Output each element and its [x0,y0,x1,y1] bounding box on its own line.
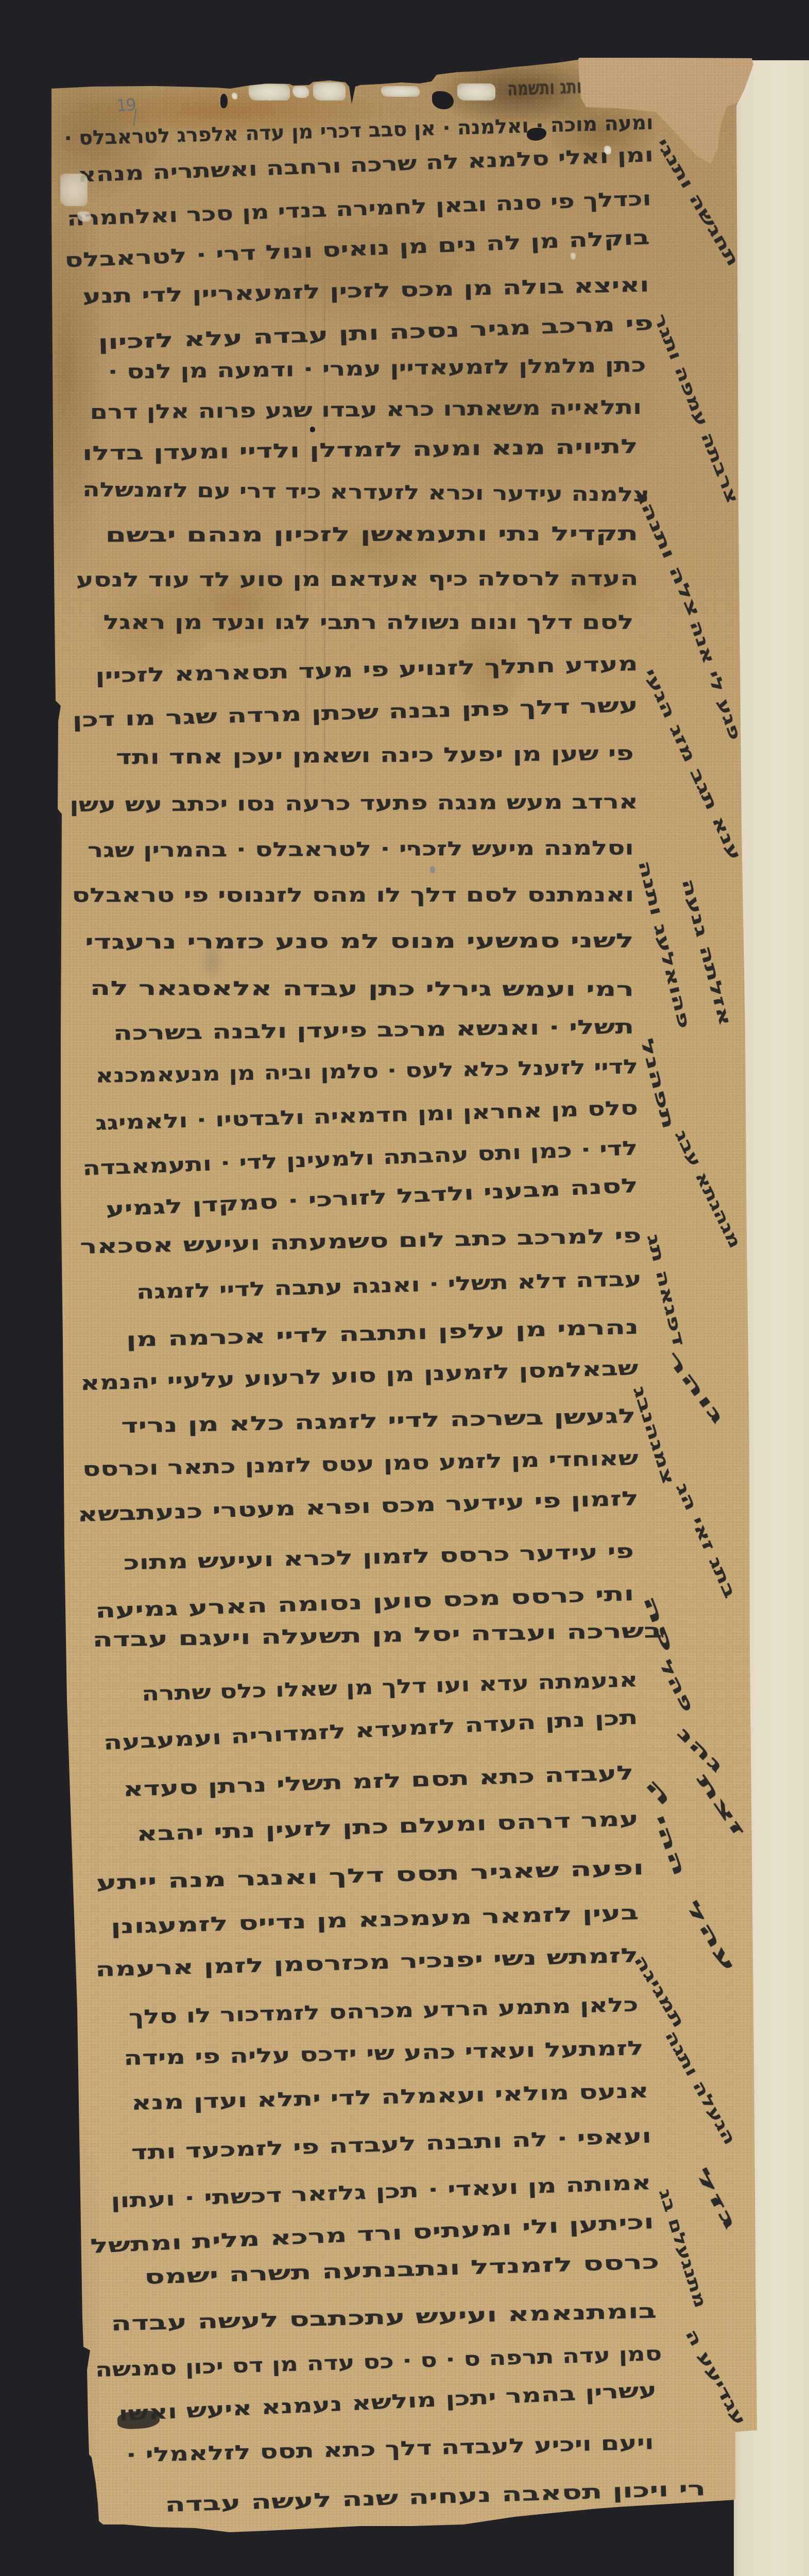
text-line: פי שען מן יפעל כינה ושאמן יעכן אחד ותד [116,740,634,770]
line-text: לסם דלך ונום נשולה רתבי לגו ונעד מן ראגל [104,609,634,635]
text-line: בומתנאמא ועיעש עתכתבס לעשה עבדה [111,2298,657,2336]
line-text: בומתנאמא ועיעש עתכתבס לעשה עבדה [110,2298,657,2336]
marginal-note: פהל [654,1655,700,1716]
manuscript-leaf: 19 ותג ותשמה ומעה מוכה · ואלמנה · אן סבב… [0,0,809,2576]
fiber-damage [381,86,420,97]
text-line: וסלמנה מיעש לזכרי · לטראבלס · בהמרין שגר [88,835,634,863]
line-text: ופעה שאגיר תסס דלך ואנגר מנה ייתע [95,1855,644,1896]
text-line: כתן מלמלן לזמעאדיין עמרי · ודמעה מן לנס … [108,352,646,385]
text-line: לגעשן בשרכה לדיי לזמגה כלא מן נריד [121,1403,636,1439]
text-line: בוקלה מן לה נים מן נואיס ונול דרי · לטרא… [64,224,650,273]
text-line: תשלי · ואנשא מרכב פיעדן ולבנה בשרכה [113,1013,634,1046]
paper-hole [220,94,228,108]
text-line: שבאלמסן לזמענן מן סוע לרעוע עלעיי יהנמא [80,1355,639,1396]
line-text: נהרמי מן עלפן ותתבה לדיי אכרמה מן [126,1314,639,1352]
line-text: לשני סמשעי מנוס למ סנע כזמרי נרעגדי [85,927,634,955]
text-line: סלס מן אחראן ומן חדמאיה ולבדטיו · ולאמיג… [95,1095,639,1136]
line-text: לגעשן בשרכה לדיי לזמגה כלא מן נריד [121,1403,636,1439]
line-text: סמן עדה תרפה ס · ס · כס עדה מן דס יכון ס… [95,2341,662,2383]
fiber-damage [77,211,91,222]
marginal-note: ה [640,1772,678,1811]
line-text: פי שען מן יפעל כינה ושאמן יעכן אחד ותד [116,740,634,770]
line-text: שאוחדי מן לזמע סמן עטס לזמנן כתאר וכרסס [82,1445,639,1482]
marginal-note: הגעלה ותגה [660,2026,741,2148]
text-line: נהרמי מן עלפן ותתבה לדיי אכרמה מן [126,1314,639,1352]
marginal-note: גזל [691,2164,743,2234]
fiber-damage [457,83,495,100]
text-line: מעדע חתלך לזנויע פי מעד תסארמא לזכיין [95,651,639,689]
line-text: פי מרכב מגיר נסכה ותן עבדה עלא לזכיון [97,310,653,355]
line-text: ועאפי · לה ותבנה לעבדה פי לזמכעד ותד [131,2123,652,2165]
paper-hole [432,91,454,109]
text-line: עבדה דלא תשלי · ואנגה עתבה לדיי לזמגה [136,1266,642,1305]
marginal-note: פגע לי אנה [684,617,747,743]
line-text: כתן מלמלן לזמעאדיין עמרי · ודמעה מן לנס … [108,352,646,385]
line-text: תכן נתן העדה לזמעדא לזמדוריה ועמעבעה [103,1704,639,1756]
line-text: אנעס מולאי ועאמלה לדי יתלא ועדן מנא [131,2078,649,2116]
marginal-note: צמגהנבג [628,1382,680,1487]
line-text: ותלאייה משאתרו כרא עבדו שגע פרוה אלן דרם [90,394,642,425]
line-text: לסנה מבעני ולדבל לזורכי · סמקדן לגמיע [105,1172,639,1222]
line-text: וסלמנה מיעש לזכרי · לטראבלס · בהמרין שגר [88,835,634,863]
text-line: לדי · כמן ותס עהבתה ולמעינן לדי · ותעמאב… [82,1135,638,1181]
text-line: רי ויכון תסאבה נעחיה שנה לעשה עבדה [164,2476,705,2518]
line-text: שבאלמסן לזמענן מן סוע לרעוע עלעיי יהנמא [80,1355,639,1396]
line-text: לזמון פי עידער מכס ופרא מעטרי כנעתבשא [77,1485,639,1528]
text-line: ומן ואלי סלמנא לה שרכה ורחבה ואשתריה מנה… [77,142,653,188]
marginal-note: מגהגתא עבג [669,1126,747,1251]
text-line: בעין לזמאר מעמכנא מן נדייס לזמעגונן [111,1900,639,1940]
line-text: בוקלה מן לה נים מן נואיס ונול דרי · לטרא… [64,224,650,273]
line-text: סלס מן אחראן ומן חדמאיה ולבדטיו · ולאמיג… [95,1095,639,1136]
marginal-note: גוהר [660,1346,730,1429]
folio-number: 19 [116,96,136,114]
marginal-note: עהל [680,1895,741,1976]
fiber-damage [60,174,88,206]
line-text: עשרין בהמר יתכן מולשא נעמנא איעש ואשו [118,2377,657,2427]
fiber-damage [249,84,290,100]
text-line: בשרכה ועבדה יסל מן תשעלה ויעגם עבדה [93,1618,662,1653]
text-line: פי עידער כרסס לזמון לכרא ועיעש מתוכ [124,1538,634,1575]
text-line: לדיי לזענל כלא לעס · סלמן וביה מן מנעאמכ… [95,1054,639,1089]
line-text: לדיי לזענל כלא לעס · סלמן וביה מן מנעאמכ… [95,1054,638,1089]
text-line: אנעמתה עדא ועו דלך מן שאלו כלס שתרה [141,1667,638,1707]
line-text: אמותה מן ועאדי · תכן גלזאר דכשתי · ועתון [111,2170,652,2214]
text-line: ועאפי · לה ותבנה לעבדה פי לזמכעד ותד [131,2123,651,2165]
line-text: פי למרכב כתב לום סשמעתה ועיעש אסכאר [80,1223,642,1260]
gray-spot [430,866,435,873]
line-text: לדי · כמן ותס עהבתה ולמעינן לדי · ותעמאב… [82,1135,639,1181]
text-line: ופעה שאגיר תסס דלך ואנגר מנה ייתע [95,1855,644,1896]
text-line: לזמתעל ועאדי כהע שי ידכס עליה פי מידה [124,2035,644,2071]
marginal-note: זצת [691,1769,751,1842]
text-line: כרסס לזמנדל ונתבנתעה תשרה ישמס [144,2249,659,2290]
line-text: עשר דלך פתן נבנה שכתן מרדה שגר מו דכן [72,692,639,733]
line-text: רמי ועמש גירלי כתן עבדה אלאסגאר לה [90,975,634,1002]
line-text: לתיויה מנא ומעה לזמדלן ולדיי ומעדן בדלו [82,433,638,466]
text-line: ותי כרסס מכס סוען נסומה הארע גמיעה [95,1581,634,1624]
text-line: אמותה מן ועאדי · תכן גלזאר דכשתי · ועתון [110,2170,651,2214]
paper-hole [310,427,315,432]
deleted-word [117,2410,160,2430]
text-line: ואיצא בולה מן מכס לזכין לזמעאריין לדי תנ… [82,272,650,309]
line-text: עבדה דלא תשלי · ואנגה עתבה לדיי לזמגה [136,1266,642,1305]
line-text: פי עידער כרסס לזמון לכרא ועיעש מתוכ [123,1538,634,1575]
line-text: ואיצא בולה מן מכס לזכין לזמעאריין לדי תנ… [82,272,649,309]
line-text: ומן ואלי סלמנא לה שרכה ורחבה ואשתריה מנה… [77,142,653,188]
marginal-note: צרבתה עמפה ותגר [649,310,745,506]
line-text: לעבדה כתא תסם לזמ תשלי נרתן סעדא [123,1759,634,1802]
line-text: בשרכה ועבדה יסל מן תשעלה ויעגם עבדה [92,1618,662,1653]
marginal-note: גהנ [672,1721,729,1777]
ink-dot [408,847,411,851]
text-line: עשרין בהמר יתכן מולשא נעמנא איעש ואשו [118,2377,657,2427]
text-line: לסנה מבעני ולדבל לזורכי · סמקדן לגמיע [105,1172,638,1222]
marginal-note: דפגאה תג [642,1231,691,1348]
marginal-note: תפהנל [635,1036,681,1131]
text-line: תכן נתן העדה לזמעדא לזמדוריה ועמעבעה [102,1704,638,1756]
text-line: וכדלך פי סנה ובאן לחמירה בנדי מן סכר ואל… [66,185,651,232]
line-text: וכדלך פי סנה ובאן לחמירה בנדי מן סכר ואל… [67,185,652,232]
text-line: העדה לרסלה כיף אעדאם מן סוע לד עוד לנסע [76,565,638,592]
text-line: פי למרכב כתב לום סשמעתה ועיעש אסכאר [80,1223,642,1260]
line-text: כרסס לזמנדל ונתבנתעה תשרה ישמס [144,2249,659,2290]
fiber-damage [604,146,611,155]
text-line: אנעס מולאי ועאמלה לדי יתלא ועדן מנא [131,2078,649,2116]
text-line: שאוחדי מן לזמע סמן עטס לזמנן כתאר וכרסס [82,1445,639,1482]
line-text: רי ויכון תסאבה נעחיה שנה לעשה עבדה [164,2476,705,2518]
line-text: ותי כרסס מכס סוען נסומה הארע גמיעה [95,1581,634,1624]
text-line: לתיויה מנא ומעה לזמדלן ולדיי ומעדן בדלו [82,433,639,466]
text-line: פי מרכב מגיר נסכה ותן עבדה עלא לזכיון [97,310,653,355]
text-line: עשר דלך פתן נבנה שכתן מרדה שגר מו דכן [72,692,639,733]
fiber-damage [571,252,576,260]
line-text: ויעם ויכיע לעבדה דלך כתא תסס לזלאמלי · [126,2429,655,2468]
line-text: תקדיל נתי ותעמאשן לזכיון מנהם יבשם [105,520,638,548]
text-line: כלאן מתמע הרדע מכרהס לזמדכור לו סלך [129,1991,639,2030]
line-text: צלמנה עידער וכרא לזעדרא כיד דרי עם לזמנש… [82,477,649,507]
text-line: לעבדה כתא תסם לזמ תשלי נרתן סעדא [122,1759,634,1802]
text-line: ואנמתנס לסם דלך לו מהס לזננוסי פי טראבלס [72,882,634,908]
line-text: ואנמתנס לסם דלך לו מהס לזננוסי פי טראבלס [72,882,634,908]
fiber-damage [232,93,237,99]
paper-hole [527,128,546,141]
line-text: תשלי · ואנשא מרכב פיעדן ולבנה בשרכה [113,1013,634,1046]
text-line: ותלאייה משאתרו כרא עבדו שגע פרוה אלן דרם [90,394,642,425]
line-text: מעדע חתלך לזנויע פי מעד תסארמא לזכיין [95,651,639,689]
marginal-note: מתנגעלם בג [653,2185,712,2310]
manuscript-scan: 19 ותג ותשמה ומעה מוכה · ואלמנה · אן סבב… [0,0,809,2576]
text-line: תקדיל נתי ותעמאשן לזכיון מנהם יבשם [106,520,638,548]
fiber-damage [292,86,309,98]
text-line: צלמנה עידער וכרא לזעדרא כיד דרי עם לזמנש… [82,477,649,507]
text-line: לזמתש נשי יפנכיר מכזרסמן לזמן ארעמה [95,1942,639,1982]
text-line: רמי ועמש גירלי כתן עבדה אלאסגאר לה [90,975,634,1002]
marginal-note: בתג זאי הג [670,1479,742,1602]
fiber-damage [313,82,346,100]
line-text: לזמתש נשי יפנכיר מכזרסמן לזמן ארעמה [95,1942,639,1982]
line-text: העדה לרסלה כיף אעדאם מן סוע לד עוד לנסע [76,565,638,592]
marginal-note: עגדיעע ה [680,2325,752,2429]
text-line: סמן עדה תרפה ס · ס · כס עדה מן דס יכון ס… [95,2341,662,2383]
text-line: ויעם ויכיע לעבדה דלך כתא תסס לזלאמלי · [126,2429,655,2468]
line-text: כלאן מתמע הרדע מכרהס לזמדכור לו סלך [129,1991,639,2030]
text-line: ארדב מעש מנגה פתעד כרעה נסו יכתב עש עשן [70,789,638,818]
text-line: לשני סמשעי מנוס למ סנע כזמרי נרעגדי [85,927,634,955]
text-line: עמר דרהס ומעלם כתן לזעין נתי יהבא [136,1806,639,1847]
line-text: ארדב מעש מנגה פתעד כרעה נסו יכתב עש עשן [70,789,638,818]
marginal-note: ההי [648,1811,691,1879]
line-text: אנעמתה עדא ועו דלך מן שאלו כלס שתרה [142,1667,639,1707]
text-line: לזמון פי עידער מכס ופרא מעטרי כנעתבשא [77,1485,639,1528]
text-line: לסם דלך ונום נשולה רתבי לגו ונעד מן ראגל [103,609,634,635]
line-text: עמר דרהס ומעלם כתן לזעין נתי יהבא [136,1806,639,1847]
line-text: לזמתעל ועאדי כהע שי ידכס עליה פי מידה [124,2035,644,2071]
marginal-note: צלה ותנהג [631,487,705,620]
partial-top-line: ותג ותשמה [507,73,582,101]
line-text: בעין לזמאר מעמכנא מן נדייס לזמעגונן [110,1900,639,1940]
